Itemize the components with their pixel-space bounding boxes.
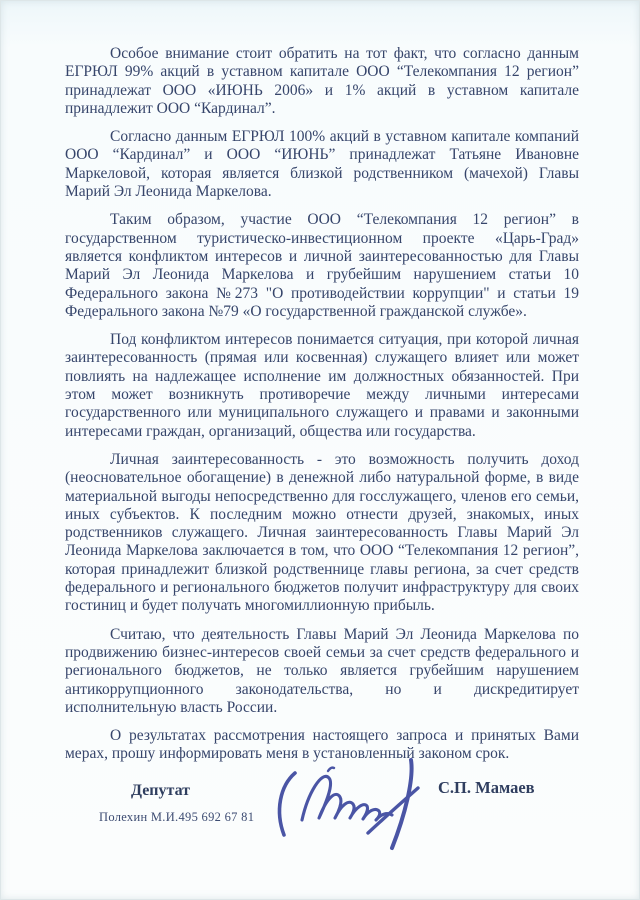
paragraph-personal-interest: Личная заинтересованность - это возможно… [65,451,579,616]
paragraph-egrul-100: Согласно данным ЕГРЮЛ 100% акций в устав… [65,128,579,201]
letter-body: Особое внимание стоит обратить на тот фа… [65,45,579,774]
letter-page: Особое внимание стоит обратить на тот фа… [0,0,640,900]
signer-name: С.П. Мамаев [438,778,535,798]
paragraph-conflict-of-interest: Таким образом, участие ООО “Телекомпания… [65,211,579,321]
paragraph-conclusion: Считаю, что деятельность Главы Марий Эл … [65,626,579,717]
handwritten-signature-icon [271,757,443,855]
executor-contact-note: Полехин М.И.495 692 67 81 [99,810,254,825]
paragraph-egrul-99: Особое внимание стоит обратить на тот фа… [65,45,579,118]
signer-role-label: Депутат [131,782,190,800]
paragraph-definition-conflict: Под конфликтом интересов понимается ситу… [65,331,579,441]
